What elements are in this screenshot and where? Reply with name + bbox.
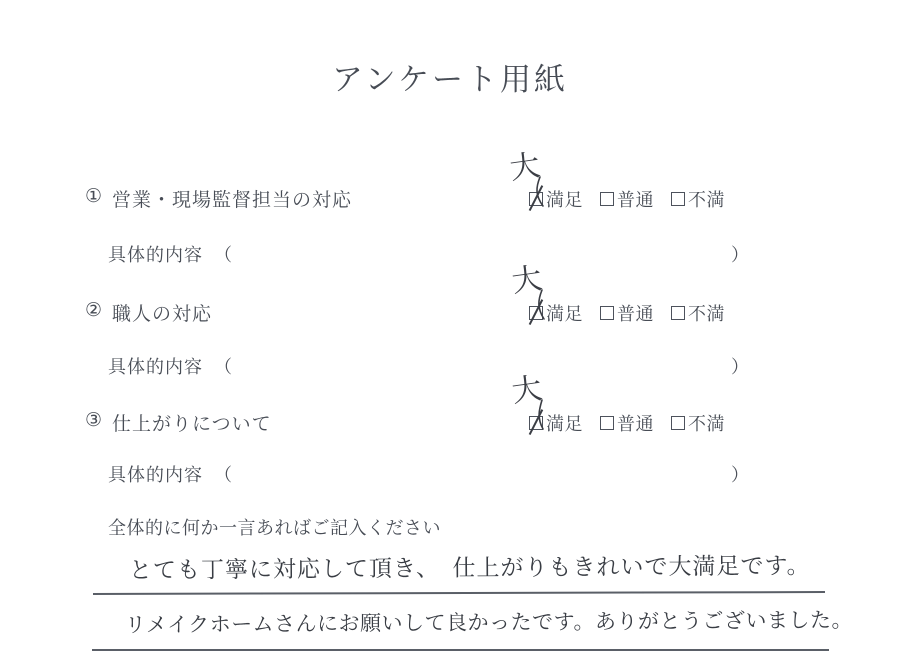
dai-character: 大 — [510, 374, 544, 408]
option-normal: 普通 — [600, 410, 654, 436]
detail-open-paren: （ — [214, 353, 233, 379]
question-number: ① — [85, 185, 103, 208]
checkbox-satisfied[interactable] — [529, 306, 543, 320]
detail-row-3: 具体的内容 （ ） — [0, 461, 900, 487]
dai-character: 大 — [508, 151, 542, 185]
detail-label: 具体的内容 — [108, 461, 203, 487]
satisfaction-options: 満足 普通 不満 — [529, 300, 725, 326]
question-label: 営業・現場監督担当の対応 — [112, 185, 352, 212]
comment-prompt: 全体的に何か一言あればご記入ください — [108, 514, 441, 540]
option-label: 普通 — [617, 186, 654, 212]
checkbox-dissatisfied[interactable] — [671, 416, 685, 430]
detail-close-paren: ） — [731, 353, 750, 379]
option-label: 満足 — [546, 186, 583, 212]
detail-write-in-blank[interactable] — [232, 461, 724, 485]
comment-rule-line-1 — [93, 591, 825, 595]
option-satisfied: 満足 — [529, 410, 583, 436]
detail-open-paren: （ — [214, 461, 233, 487]
checkbox-satisfied[interactable] — [529, 416, 543, 430]
handwritten-comment-line-2: リメイクホームさんにお願いして良かったです。ありがとうございました。 — [125, 604, 853, 639]
option-label: 普通 — [617, 300, 654, 326]
option-normal: 普通 — [600, 186, 654, 212]
checkbox-normal[interactable] — [600, 192, 614, 206]
option-label: 普通 — [617, 410, 654, 436]
survey-page: アンケート用紙 ① 営業・現場監督担当の対応 満足 普通 不満 大 具体的内容 … — [0, 0, 900, 658]
dai-character: 大 — [510, 264, 544, 298]
option-label: 満足 — [546, 300, 583, 326]
detail-write-in-blank[interactable] — [232, 241, 724, 265]
detail-open-paren: （ — [214, 241, 233, 267]
option-label: 不満 — [688, 300, 725, 326]
option-satisfied: 満足 — [529, 186, 583, 212]
checkbox-normal[interactable] — [600, 416, 614, 430]
satisfaction-options: 満足 普通 不満 — [529, 186, 725, 212]
question-row-1: ① 営業・現場監督担当の対応 満足 普通 不満 — [0, 185, 900, 213]
handwritten-comment-line-1: とても丁寧に対応して頂き、 仕上がりもきれいで大満足です。 — [129, 547, 811, 585]
detail-write-in-blank[interactable] — [232, 353, 724, 377]
option-label: 不満 — [688, 186, 725, 212]
detail-row-1: 具体的内容 （ ） — [0, 241, 900, 267]
question-number: ③ — [85, 409, 103, 432]
detail-label: 具体的内容 — [108, 353, 203, 379]
checkbox-dissatisfied[interactable] — [671, 306, 685, 320]
option-dissatisfied: 不満 — [671, 410, 725, 436]
detail-close-paren: ） — [731, 461, 750, 487]
option-normal: 普通 — [600, 300, 654, 326]
question-label: 仕上がりについて — [112, 409, 272, 436]
option-satisfied: 満足 — [529, 300, 583, 326]
checkbox-satisfied[interactable] — [529, 192, 543, 206]
option-label: 満足 — [546, 410, 583, 436]
option-dissatisfied: 不満 — [671, 186, 725, 212]
detail-label: 具体的内容 — [108, 241, 203, 267]
checkbox-normal[interactable] — [600, 306, 614, 320]
question-row-2: ② 職人の対応 満足 普通 不満 — [0, 299, 900, 327]
option-label: 不満 — [688, 410, 725, 436]
question-label: 職人の対応 — [112, 299, 212, 326]
option-dissatisfied: 不満 — [671, 300, 725, 326]
checkbox-dissatisfied[interactable] — [671, 192, 685, 206]
detail-close-paren: ） — [731, 241, 750, 267]
detail-row-2: 具体的内容 （ ） — [0, 353, 900, 379]
page-title: アンケート用紙 — [0, 54, 900, 99]
question-number: ② — [85, 299, 103, 322]
satisfaction-options: 満足 普通 不満 — [529, 410, 725, 436]
comment-rule-line-2 — [92, 649, 829, 651]
question-row-3: ③ 仕上がりについて 満足 普通 不満 — [0, 409, 900, 437]
